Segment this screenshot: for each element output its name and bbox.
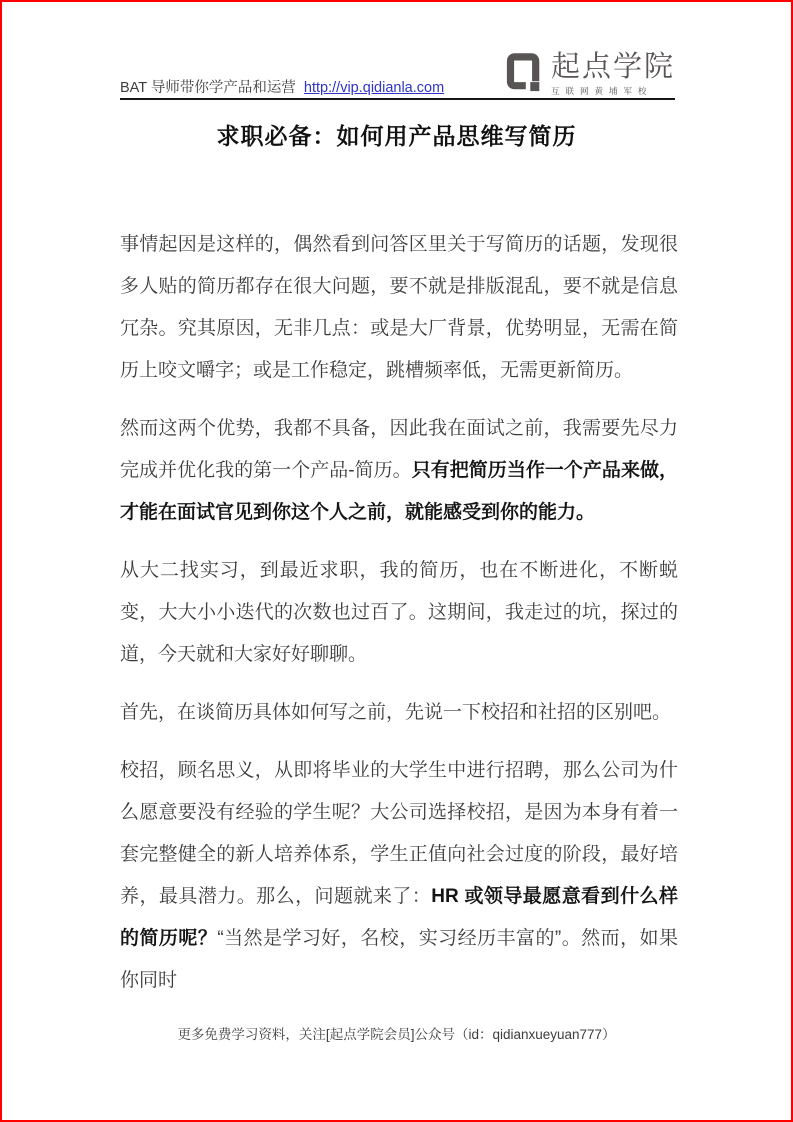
- article-body: 事情起因是这样的，偶然看到问答区里关于写简历的话题，发现很多人贴的简历都存在很大…: [120, 224, 678, 1018]
- paragraph-text: 从大二找实习，到最近求职，我的简历，也在不断进化，不断蜕变，大大小小迭代的次数也…: [120, 560, 678, 665]
- logo-name: 起点学院: [551, 52, 675, 82]
- header-link[interactable]: http://vip.qidianla.com: [304, 80, 444, 96]
- paragraph-text: 首先，在谈简历具体如何写之前，先说一下校招和社招的区别吧。: [120, 702, 671, 723]
- logo-subtitle: 互联网黄埔军校: [551, 85, 675, 97]
- qidian-q-icon: [506, 52, 542, 96]
- qidian-logo: 起点学院 互联网黄埔军校: [506, 52, 675, 97]
- logo-text-block: 起点学院 互联网黄埔军校: [551, 52, 675, 97]
- paragraph: 从大二找实习，到最近求职，我的简历，也在不断进化，不断蜕变，大大小小迭代的次数也…: [120, 550, 678, 676]
- paragraph: 首先，在谈简历具体如何写之前，先说一下校招和社招的区别吧。: [120, 692, 678, 734]
- paragraph-text: 校招，顾名思义，从即将毕业的大学生中进行招聘，那么公司为什么愿意要没有经验的学生…: [120, 760, 678, 907]
- header-tagline-row: BAT 导师带你学产品和运营 http://vip.qidianla.com: [120, 76, 444, 97]
- header-divider: [120, 98, 675, 100]
- paragraph: 然而这两个优势，我都不具备，因此我在面试之前，我需要先尽力完成并优化我的第一个产…: [120, 408, 678, 534]
- document-page: BAT 导师带你学产品和运营 http://vip.qidianla.com 起…: [0, 0, 793, 1122]
- paragraph-text: 事情起因是这样的，偶然看到问答区里关于写简历的话题，发现很多人贴的简历都存在很大…: [120, 234, 678, 381]
- paragraph: 校招，顾名思义，从即将毕业的大学生中进行招聘，那么公司为什么愿意要没有经验的学生…: [120, 750, 678, 1002]
- header-tagline: BAT 导师带你学产品和运营: [120, 80, 296, 96]
- page-title: 求职必备：如何用产品思维写简历: [2, 118, 791, 151]
- footer-note: 更多免费学习资料，关注[起点学院会员]公众号（id：qidianxueyuan7…: [2, 1023, 791, 1043]
- paragraph: 事情起因是这样的，偶然看到问答区里关于写简历的话题，发现很多人贴的简历都存在很大…: [120, 224, 678, 392]
